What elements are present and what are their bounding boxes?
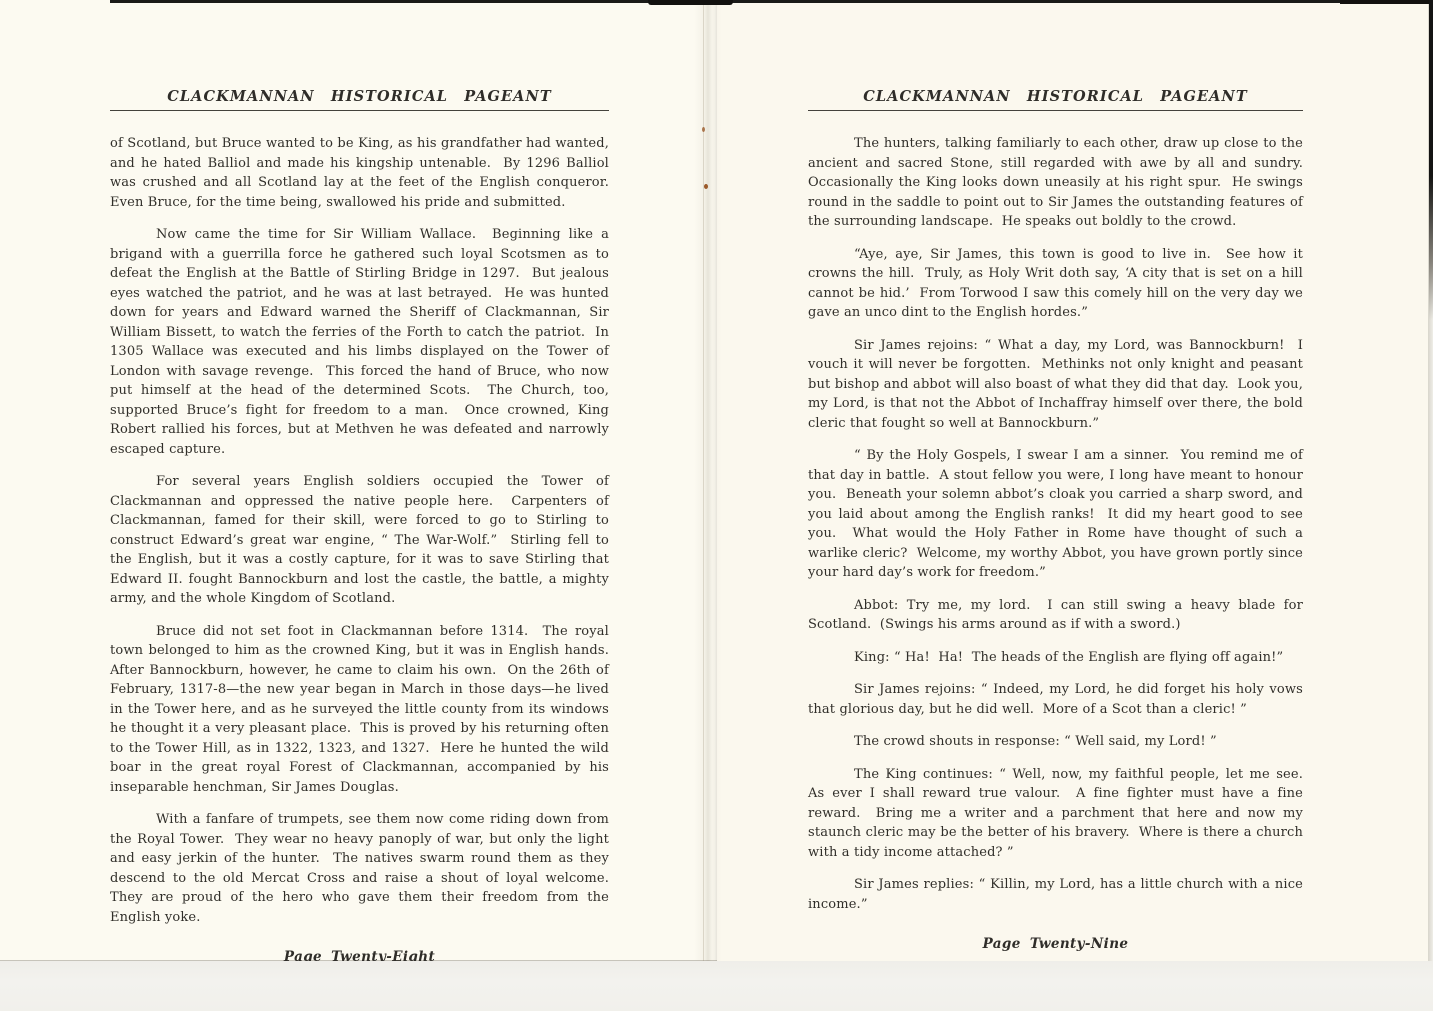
paragraph: For several years English soldiers occup… xyxy=(110,472,609,609)
right-page: CLACKMANNAN HISTORICAL PAGEANT The hunte… xyxy=(717,0,1428,966)
paragraph: Sir James rejoins: “ What a day, my Lord… xyxy=(808,336,1303,434)
left-page: CLACKMANNAN HISTORICAL PAGEANT of Scotla… xyxy=(0,0,717,961)
paragraph: Sir James replies: “ Killin, my Lord, ha… xyxy=(808,875,1303,914)
left-text-column: CLACKMANNAN HISTORICAL PAGEANT of Scotla… xyxy=(110,88,609,965)
paragraph: “ By the Holy Gospels, I swear I am a si… xyxy=(808,446,1303,583)
top-scan-edge xyxy=(110,0,1433,3)
paragraph: “Aye, aye, Sir James, this town is good … xyxy=(808,245,1303,323)
running-header: CLACKMANNAN HISTORICAL PAGEANT xyxy=(110,88,609,105)
paragraph: Abbot: Try me, my lord. I can still swin… xyxy=(808,596,1303,635)
scanner-background xyxy=(0,961,1433,1011)
running-header: CLACKMANNAN HISTORICAL PAGEANT xyxy=(808,88,1303,105)
paragraph: The hunters, talking familiarly to each … xyxy=(808,134,1303,232)
paragraph: With a fanfare of trumpets, see them now… xyxy=(110,810,609,927)
paragraph: of Scotland, but Bruce wanted to be King… xyxy=(110,134,609,212)
top-scan-edge-right xyxy=(1340,0,1433,4)
right-scan-edge xyxy=(1429,0,1433,320)
page-number: Page Twenty-Nine xyxy=(808,936,1303,952)
top-scan-edge-notch xyxy=(648,0,733,5)
body-text: of Scotland, but Bruce wanted to be King… xyxy=(110,134,609,927)
paragraph: Now came the time for Sir William Wallac… xyxy=(110,225,609,459)
paragraph: The crowd shouts in response: “ Well sai… xyxy=(808,732,1303,752)
paragraph: The King continues: “ Well, now, my fait… xyxy=(808,765,1303,863)
body-text: The hunters, talking familiarly to each … xyxy=(808,134,1303,914)
paragraph: King: “ Ha! Ha! The heads of the English… xyxy=(808,648,1303,668)
paragraph: Bruce did not set foot in Clackmannan be… xyxy=(110,622,609,798)
paragraph: Sir James rejoins: “ Indeed, my Lord, he… xyxy=(808,680,1303,719)
header-rule xyxy=(110,110,609,111)
book-scan: CLACKMANNAN HISTORICAL PAGEANT of Scotla… xyxy=(0,0,1433,1011)
header-rule xyxy=(808,110,1303,111)
right-text-column: CLACKMANNAN HISTORICAL PAGEANT The hunte… xyxy=(808,88,1303,952)
